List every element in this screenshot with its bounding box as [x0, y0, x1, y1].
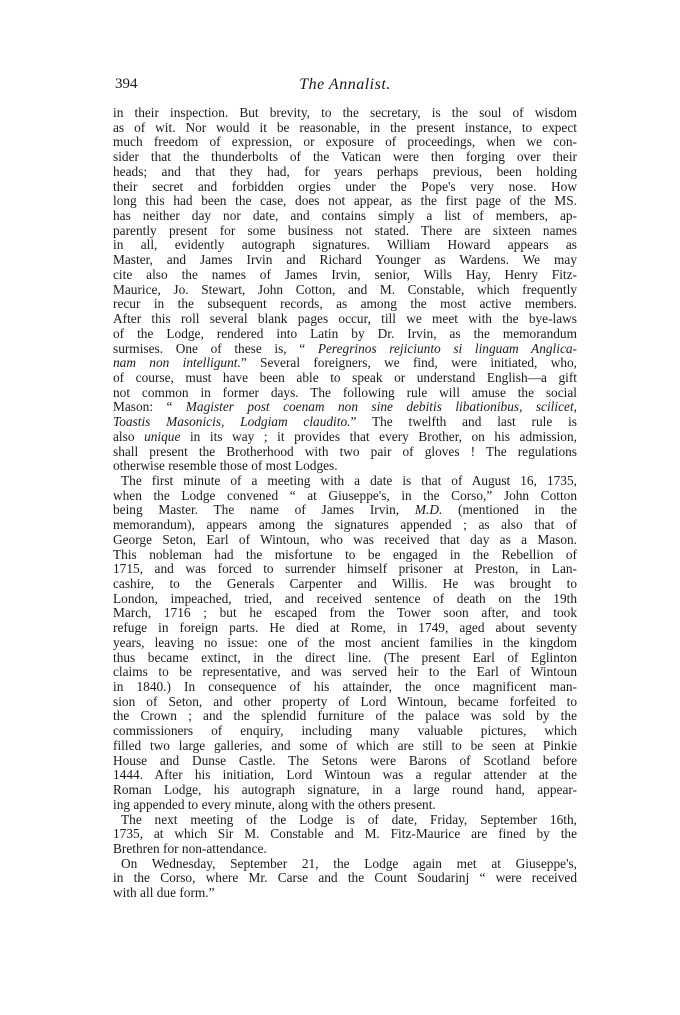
text-line: Roman Lodge, his autograph signature, in… — [113, 783, 577, 798]
italic-text-run: nam non intelligunt. — [113, 355, 241, 370]
text-line: heads; and that they had, for years perh… — [113, 165, 577, 180]
text-line: George Seton, Earl of Wintoun, who was r… — [113, 533, 577, 548]
book-page: 394 The Annalist. in their inspection. B… — [113, 76, 577, 901]
text-line: Mason: “ Magister post coenam non sine d… — [113, 400, 577, 415]
text-line: in the Corso, where Mr. Carse and the Co… — [113, 871, 577, 886]
text-line: their secret and forbidden orgies under … — [113, 180, 577, 195]
text-run: being Master. The name of James Irvin, — [113, 502, 415, 517]
text-line: House and Dunse Castle. The Setons were … — [113, 754, 577, 769]
italic-text-run: Peregrinos rejiciunto si linguam Anglica… — [318, 341, 577, 356]
text-line: the Crown ; and the splendid furniture o… — [113, 709, 577, 724]
text-run: also — [113, 429, 144, 444]
text-run: Mason: “ — [113, 399, 186, 414]
text-line: Maurice, Jo. Stewart, John Cotton, and M… — [113, 283, 577, 298]
italic-text-run: unique — [144, 429, 180, 444]
text-line: After this roll several blank pages occu… — [113, 312, 577, 327]
text-line: years, leaving no issue: one of the most… — [113, 636, 577, 651]
text-line: when the Lodge convened “ at Giuseppe's,… — [113, 489, 577, 504]
text-line: 1444. After his initiation, Lord Wintoun… — [113, 768, 577, 783]
text-run: ” The twelfth and last rule is — [350, 414, 577, 429]
text-line: as of wit. Nor would it be reasonable, i… — [113, 121, 577, 136]
text-line: of the Lodge, rendered into Latin by Dr.… — [113, 327, 577, 342]
text-line: parently present for some business not s… — [113, 224, 577, 239]
text-line: Master, and James Irvin and Richard Youn… — [113, 253, 577, 268]
text-line: The next meeting of the Lodge is of date… — [113, 813, 577, 828]
text-line: On Wednesday, September 21, the Lodge ag… — [113, 857, 577, 872]
text-line: cashire, to the Generals Carpenter and W… — [113, 577, 577, 592]
text-line: in their inspection. But brevity, to the… — [113, 106, 577, 121]
italic-text-run: Magister post coenam non sine debitis li… — [186, 399, 577, 414]
text-line: long this had been the case, does not ap… — [113, 194, 577, 209]
text-line: sion of Seton, and other property of Lor… — [113, 695, 577, 710]
text-line: shall present the Brotherhood with two p… — [113, 445, 577, 460]
text-run: surmises. One of these is, “ — [113, 341, 318, 356]
text-line: Brethren for non-attendance. — [113, 842, 577, 857]
text-run: in its way ; it provides that every Brot… — [180, 429, 577, 444]
text-line: cite also the names of James Irvin, seni… — [113, 268, 577, 283]
text-line: of course, must have been able to speak … — [113, 371, 577, 386]
text-line: commissioners of enquiry, including many… — [113, 724, 577, 739]
text-line: memorandum), appears among the signature… — [113, 518, 577, 533]
text-line: filled two large galleries, and some of … — [113, 739, 577, 754]
text-run: (mentioned in the — [442, 502, 577, 517]
text-line: nam non intelligunt.” Several foreigners… — [113, 356, 577, 371]
text-run: ” Several foreigners, we find, were init… — [241, 355, 577, 370]
running-head: 394 The Annalist. — [113, 76, 577, 96]
text-line: with all due form.” — [113, 886, 577, 901]
text-line: Toastis Masonicis, Lodgiam claudito.” Th… — [113, 415, 577, 430]
text-line: much freedom of expression, or exposure … — [113, 135, 577, 150]
text-line: 1715, and was forced to surrender himsel… — [113, 562, 577, 577]
text-line: refuge in foreign parts. He died at Rome… — [113, 621, 577, 636]
text-line: surmises. One of these is, “ Peregrinos … — [113, 342, 577, 357]
text-line: being Master. The name of James Irvin, M… — [113, 503, 577, 518]
text-line: also unique in its way ; it provides tha… — [113, 430, 577, 445]
text-line: This nobleman had the misfortune to be e… — [113, 548, 577, 563]
text-line: sider that the thunderbolts of the Vatic… — [113, 150, 577, 165]
text-line: March, 1716 ; but he escaped from the To… — [113, 606, 577, 621]
italic-text-run: M.D. — [415, 502, 442, 517]
text-line: has neither day nor date, and contains s… — [113, 209, 577, 224]
text-line: ing appended to every minute, along with… — [113, 798, 577, 813]
text-line: otherwise resemble those of most Lodges. — [113, 459, 577, 474]
running-title: The Annalist. — [113, 76, 577, 94]
text-line: not common in former days. The following… — [113, 386, 577, 401]
text-line: thus became extinct, in the direct line.… — [113, 651, 577, 666]
body-text: in their inspection. But brevity, to the… — [113, 106, 577, 901]
text-line: recur in the subsequent records, as amon… — [113, 297, 577, 312]
text-line: in 1840.) In consequence of his attainde… — [113, 680, 577, 695]
text-line: London, impeached, tried, and received s… — [113, 592, 577, 607]
text-line: 1735, at which Sir M. Constable and M. F… — [113, 827, 577, 842]
text-line: in all, evidently autograph signatures. … — [113, 238, 577, 253]
text-line: claims to be representative, and was ser… — [113, 665, 577, 680]
text-line: The first minute of a meeting with a dat… — [113, 474, 577, 489]
italic-text-run: Toastis Masonicis, Lodgiam claudito. — [113, 414, 350, 429]
